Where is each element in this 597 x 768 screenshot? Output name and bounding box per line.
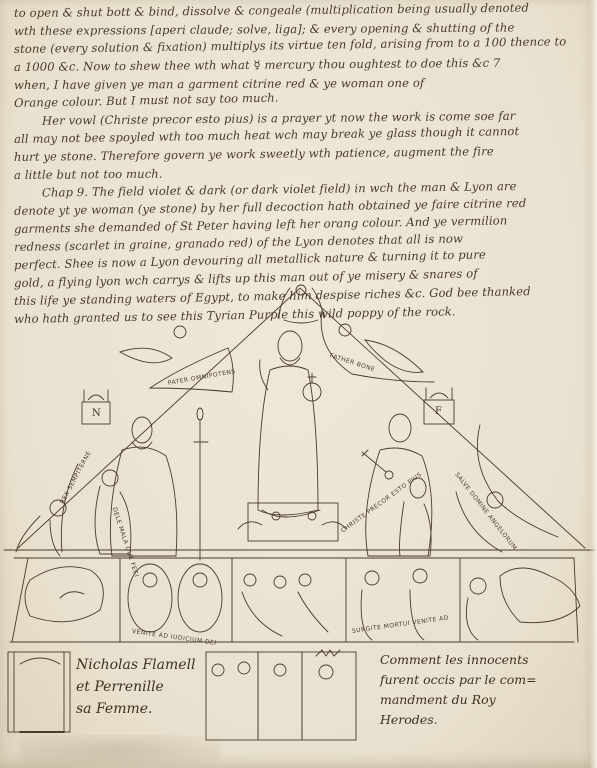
caption-line: et Perrenille [76,676,196,698]
caption-innocents: Comment les innocents furent occis par l… [380,650,537,730]
caption-nicholas-flamel: Nicholas Flamell et Perrenille sa Femme. [76,654,196,720]
caption-line: Nicholas Flamell [76,654,196,676]
caption-line: Comment les innocents [380,650,537,670]
manuscript-page: to open & shut bott & bind, dissolve & c… [0,0,597,768]
tabernacle-letter-n: N [92,408,101,419]
caption-line: mandment du Roy [380,690,537,710]
tabernacle-letter-f: F [435,406,442,417]
caption-line: sa Femme. [76,698,196,720]
caption-line: furent occis par le com= [380,670,537,690]
paper-stain [20,735,220,765]
flamel-hieroglyphic-figures: PATER OMNIPOTENS FATHER BONE REX SEMPITE… [0,280,597,768]
caption-line: Herodes. [380,710,537,730]
